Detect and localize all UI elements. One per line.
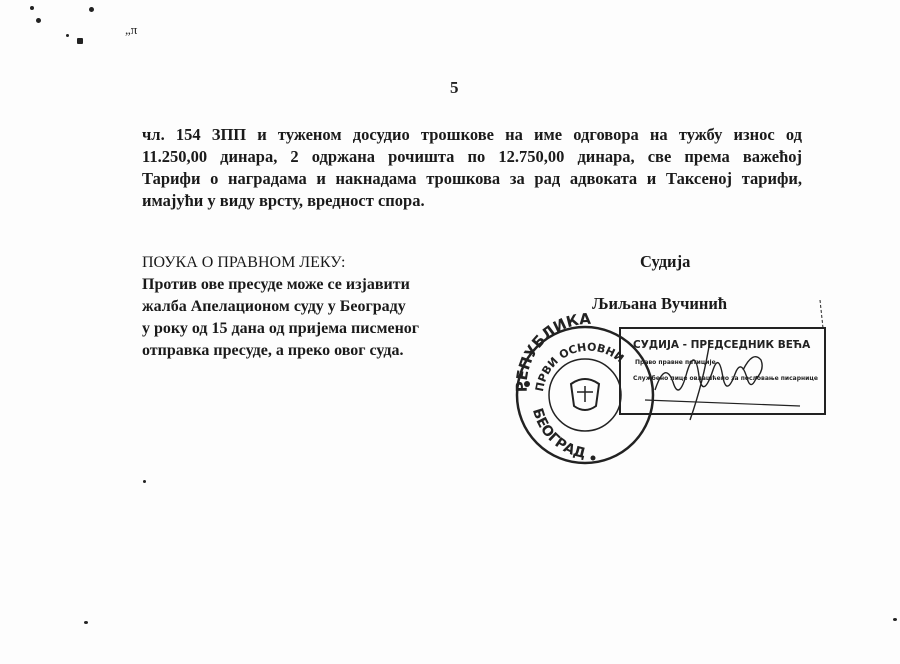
page-number: 5 (450, 78, 459, 98)
paragraph-line: 11.250,00 динара, 2 одржана рочишта по 1… (142, 146, 802, 168)
rect-stamp-heading: СУДИЈА - ПРЕДСЕДНИК ВЕЋА (633, 339, 811, 351)
legal-remedy-line: Против ове пресуде може се изјавити (142, 274, 419, 296)
scan-speck (30, 6, 34, 10)
official-stamps: РЕПУБЛИКА ПРВИ ОСНОВНИ СУД БЕОГРАД СУДИЈ… (505, 300, 835, 465)
scan-speck (893, 618, 897, 621)
legal-remedy-title: ПОУКА О ПРАВНОМ ЛЕКУ: (142, 252, 419, 274)
rectangular-stamp (620, 300, 825, 414)
scan-speck (36, 18, 41, 23)
scan-speck (143, 480, 146, 483)
paragraph-line: имајући у виду врсту, вредност спора. (142, 190, 802, 212)
legal-remedy-line: отправка пресуде, а преко овог суда. (142, 340, 419, 362)
scan-artifact-mark: „π (125, 22, 137, 38)
paragraph-line: чл. 154 ЗПП и туженом досудио трошкове н… (142, 124, 802, 146)
scan-speck (77, 38, 83, 44)
round-stamp-bottom-text: БЕОГРАД (529, 406, 587, 462)
judge-title: Судија (640, 252, 690, 272)
paragraph-line: Тарифи о наградама и накнадама трошкова … (142, 168, 802, 190)
rect-stamp-line1: Право правне петиције (635, 359, 716, 366)
legal-remedy-line: у року од 15 дана од пријема писменог (142, 318, 419, 340)
body-paragraph: чл. 154 ЗПП и туженом досудио трошкове н… (142, 124, 802, 212)
scan-speck (66, 34, 69, 37)
legal-remedy-notice: ПОУКА О ПРАВНОМ ЛЕКУ: Против ове пресуде… (142, 252, 419, 362)
scan-speck (89, 7, 94, 12)
stamp-graphic: РЕПУБЛИКА ПРВИ ОСНОВНИ СУД БЕОГРАД СУДИЈ… (505, 300, 835, 465)
legal-remedy-line: жалба Апелационом суду у Београду (142, 296, 419, 318)
document-page: „π 5 чл. 154 ЗПП и туженом досудио трошк… (0, 0, 900, 664)
scan-speck (84, 621, 88, 624)
